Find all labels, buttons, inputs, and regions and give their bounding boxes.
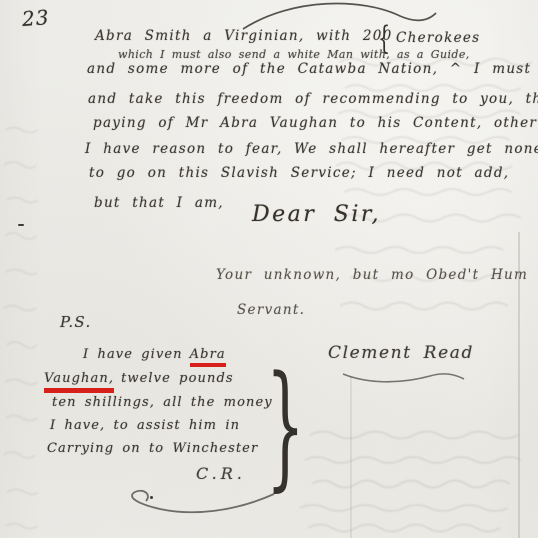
postscript-line-3: ten shillings, all the money	[52, 395, 273, 410]
signature-flourish	[338, 368, 468, 388]
postscript-line-1-text: I have given	[83, 347, 183, 362]
postscript-initials: C.R.	[196, 464, 246, 483]
letter-body-line-3: and take this freedom of recommending to…	[88, 91, 538, 107]
manuscript-page: 23 Abra Smith a Virginian, with 200 { Ch…	[0, 0, 538, 538]
pen-flourish-bottom	[122, 488, 282, 522]
close-brace-mark: }	[266, 358, 305, 493]
letter-interline-insertion: which I must also send a white Man with,…	[118, 48, 470, 61]
postscript-line-4: I have, to assist him in	[50, 418, 240, 433]
postscript-line-2: Vaughan,twelve pounds	[44, 371, 234, 386]
signature: Clement Read	[328, 343, 474, 363]
ink-speck	[150, 496, 153, 499]
postscript-label: P.S.	[60, 313, 92, 331]
letter-body-line-1b: Cherokees	[396, 30, 480, 46]
letter-body-line-5: I have reason to fear, We shall hereafte…	[85, 141, 538, 157]
paper-fold-line-middle	[350, 376, 352, 538]
letter-body-line-6: to go on this Slavish Service; I need no…	[89, 165, 509, 181]
underlined-word-abra: Abra	[190, 347, 226, 367]
letter-body-line-2: and some more of the Catawba Nation, ^ I…	[87, 61, 538, 77]
page-number: 23	[21, 5, 50, 31]
salutation: Dear Sir,	[252, 202, 381, 227]
ink-speck	[18, 224, 24, 226]
postscript-line-5: Carrying on to Winchester	[47, 441, 258, 456]
letter-body-line-4: paying of Mr Abra Vaughan to his Content…	[93, 115, 538, 131]
postscript-line-1: I have givenAbra	[83, 347, 226, 362]
letter-body-line-7: but that I am,	[94, 195, 224, 211]
closing-line-2: Servant.	[237, 302, 305, 318]
postscript-line-2-text: twelve pounds	[121, 371, 234, 386]
underlined-word-vaughan: Vaughan,	[44, 371, 114, 393]
letter-body-line-1a: Abra Smith a Virginian, with 200	[95, 28, 393, 44]
closing-line-1: Your unknown, but mo Obed't Hum	[216, 267, 528, 283]
